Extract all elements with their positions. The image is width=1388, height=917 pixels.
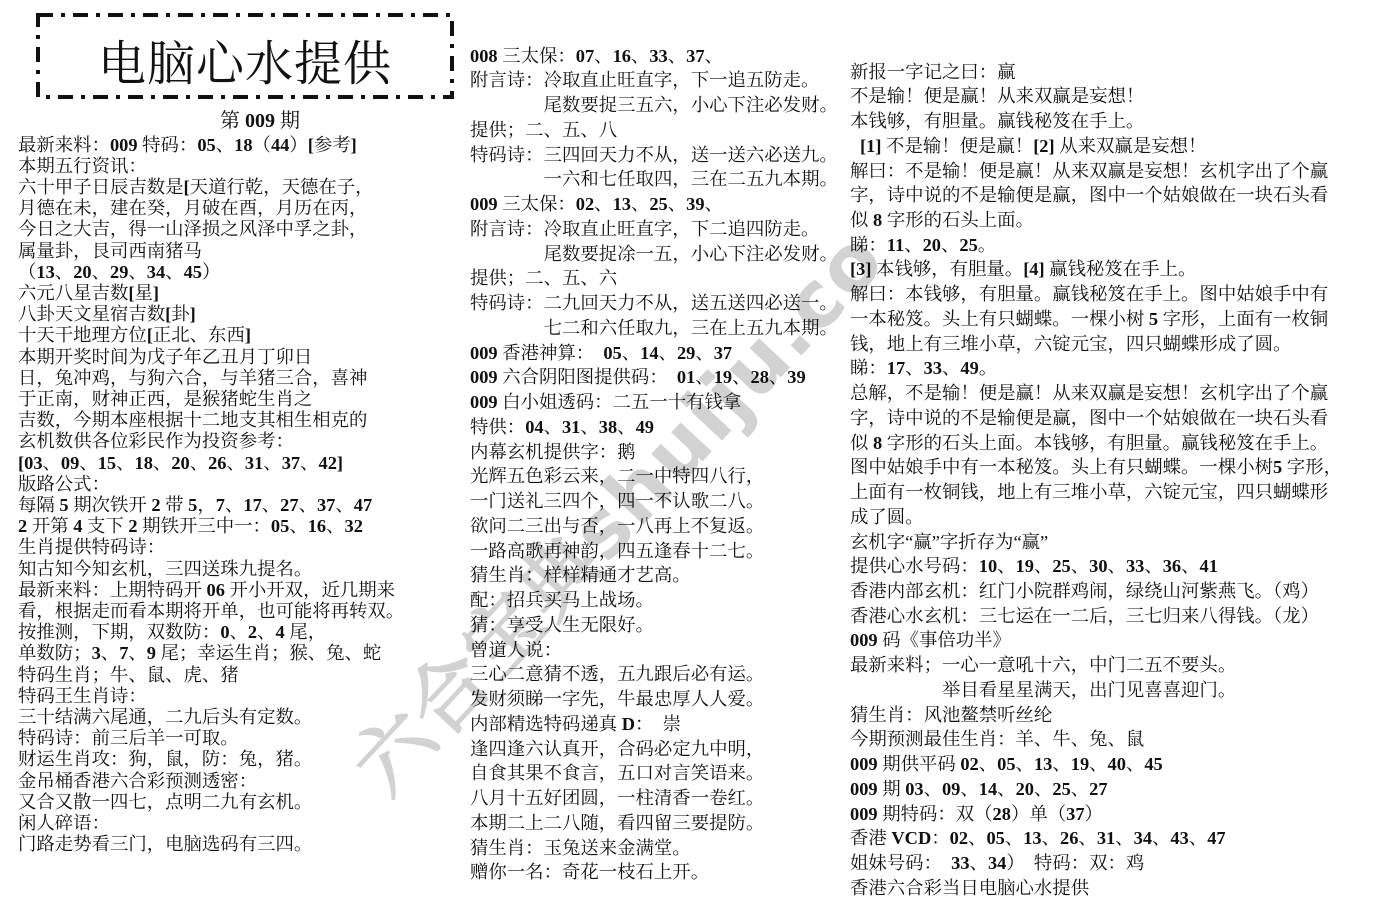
five-elements-text: 六十甲子日辰吉数是[天道行乾，天德在子， xyxy=(18,177,404,198)
summary-text: 图中姑娘手中有一本秘笈。头上有只蝴蝶。一棵小树5 字形， xyxy=(850,455,1342,480)
idle-talk-heading: 闲人碎语： xyxy=(18,813,404,834)
hk-insider-line: 香港内部玄机：红门小院群鸡闹，绿绕山河紫燕飞。（鸡） xyxy=(850,579,1342,604)
provided-line: 提供；二、五、八 xyxy=(470,118,838,143)
latest-info-text: 看，根据走而看本期将开单，也可能将再转双。 xyxy=(18,601,404,622)
internal-select-poem-line: 本期二上二八随，看四留三要提防。 xyxy=(470,811,838,836)
special-zodiac-line: 特码生肖；牛、鼠、虎、猪 xyxy=(18,665,404,686)
miss-bai-code-line: 009 白小姐透码：二五一十有钱拿 xyxy=(470,390,838,415)
zodiac-poem-heading: 生肖提供特码诗： xyxy=(18,537,404,558)
special-code-poem-line: 特码诗：三四回天力不从，送一送六必送九。 xyxy=(470,143,838,168)
code-title-line: 009 码《事倍功半》 xyxy=(850,628,1342,653)
golden-bucket-heading: 金吊桶香港六合彩预测透密： xyxy=(18,771,404,792)
summary-text: 似 8 字形的石头上面。本钱够，有胆量。赢钱秘笈在手上。 xyxy=(850,431,1342,456)
insider-word-line: 内幕玄机提供字：鹅 xyxy=(470,440,838,465)
look-numbers-line: 睇：11、20、25。 xyxy=(850,233,1342,258)
six-yuan-stars-line: 六元八星吉数[星] xyxy=(18,283,404,304)
explanation-text: 钱，地上有三堆小草，六锭元宝，四只蝴蝶形成了圆。 xyxy=(850,332,1342,357)
even-tail-guard-line: 按推测，下期，双数防：0、2、4 尾， xyxy=(18,622,404,643)
king-zodiac-poem-line: 三十结满六尾通，二九后头有定数。 xyxy=(18,707,404,728)
draw-time-text: 本期开奖时间为戊子年乙丑月丁卯日 xyxy=(18,347,404,368)
fortune-zodiac-line: 财运生肖攻：狗，鼠，防：兔，猪。 xyxy=(18,749,404,770)
appended-poem-line: 尾数要捉凃一五，小心下注必发财。 xyxy=(470,242,838,267)
guess-zodiac-line: 猜生肖：样样精通才艺高。 xyxy=(470,563,838,588)
explanation-text: 解曰：本钱够，有胆量。赢钱秘笈在手上。图中姑娘手中有 xyxy=(850,282,1342,307)
san-tai-bao-009-line: 009 三太保：02、13、25、39、 xyxy=(470,192,838,217)
special-offer-line: 特供：04、31、38、49 xyxy=(470,415,838,440)
mystic-word-line: 玄机字“赢”字折存为“赢” xyxy=(850,530,1342,555)
page-title: 电脑心水提供 xyxy=(36,13,454,99)
formula-heading: 版路公式： xyxy=(18,474,404,495)
right-column: 新报一字记之曰：赢 不是输！便是赢！从来双赢是妄想！ 本钱够，有胆量。赢钱秘笈在… xyxy=(850,60,1342,901)
sister-numbers-line: 姐妹号码： 33、34） 特码：双：鸡 xyxy=(850,851,1342,876)
period-codes-line: 009 期 03、09、14、20、25、27 xyxy=(850,777,1342,802)
left-column: 最新来料：009 特码：05、18（44）[参考] 本期五行资讯： 六十甲子日辰… xyxy=(18,135,404,856)
title-frame: 电脑心水提供 xyxy=(36,13,454,99)
golden-bucket-line: 又合又散一四七，点明二九有玄机。 xyxy=(18,792,404,813)
insider-poem-line: 光辉五色彩云来，二一中特四八行， xyxy=(470,464,838,489)
summary-text: 字，诗中说的不是输便是赢，图中一个姑娘做在一块石头看 xyxy=(850,406,1342,431)
priest-zeng-heading: 曾道人说： xyxy=(470,638,838,663)
latest-info-line: 最新来料；一心一意吼十六，中门二五不要头。 xyxy=(850,653,1342,678)
summary-text: 上面有一枚铜钱，地上有三堆小草，六锭元宝，四只蝴蝶形 xyxy=(850,480,1342,505)
five-elements-heading: 本期五行资讯： xyxy=(18,156,404,177)
special-code-poem-line: 特码诗：二九回天力不从，送五送四必送一。 xyxy=(470,291,838,316)
reference-numbers: [03、09、15、18、20、26、31、37、42] xyxy=(18,453,404,474)
internal-select-line: 内部精选特码递真 D： 崇 xyxy=(470,712,838,737)
special-code-poem-line: 特码诗：前三后羊一可取。 xyxy=(18,728,404,749)
yin-yang-code-line: 009 六合阴阳图提供码： 01、19、28、39 xyxy=(470,365,838,390)
look-numbers-line: 睇：17、33、49。 xyxy=(850,356,1342,381)
draw-time-text: 玄机数供各位彩民作为投资参考： xyxy=(18,431,404,452)
hk-vcd-line: 香港 VCD：02、05、13、26、31、34、43、47 xyxy=(850,826,1342,851)
priest-zeng-line: 三心二意猜不透，五九跟后必有运。 xyxy=(470,662,838,687)
new-word-line: 新报一字记之曰：赢 xyxy=(850,60,1342,85)
internal-select-poem-line: 八月十五好团圆，一柱清香一卷红。 xyxy=(470,786,838,811)
footer-line: 香港六合彩当日电脑心水提供 xyxy=(850,876,1342,901)
priest-zeng-line: 发财须睇一字先，牛最忠厚人人爱。 xyxy=(470,687,838,712)
five-elements-text: 月德在未，建在癸，月破在酉，月历在丙， xyxy=(18,198,404,219)
hk-forecast-line: 009 香港神算： 05、14、29、37 xyxy=(470,341,838,366)
formula-line: 每隔 5 期次铁开 2 带 5，7、17、27、37、47 xyxy=(18,495,404,516)
formula-line: 2 开第 4 支下 2 期铁开三中一：05、16、32 xyxy=(18,516,404,537)
special-code-poem-line: 七二和六任取九，三在上五九本期。 xyxy=(470,316,838,341)
internal-select-poem-line: 自食其果不食言，五口对言笑语来。 xyxy=(470,761,838,786)
idle-talk-line: 门路走势看三门，电脑选码有三四。 xyxy=(18,834,404,855)
draw-time-text: 于正南，财神正西，是猴猪蛇生肖之 xyxy=(18,389,404,410)
appended-poem-line: 尾数要捉三五六，小心下注必发财。 xyxy=(470,93,838,118)
explanation-text: 字，诗中说的不是输便是赢，图中一个姑娘做在一块石头看 xyxy=(850,183,1342,208)
best-zodiac-line: 今期预测最佳生肖：羊、牛、兔、鼠 xyxy=(850,727,1342,752)
middle-column: 008 三太保：07、16、33、37、 附言诗：冷取直止旺直字，下一追五防走。… xyxy=(470,44,838,886)
explanation-text: 似 8 字形的石头上面。 xyxy=(850,208,1342,233)
provided-line: 提供；二、五、六 xyxy=(470,266,838,291)
internal-select-poem-line: 逢四逢六认真开，合码必定九中明， xyxy=(470,737,838,762)
special-code-line: 009 期特码：双（28）单（37） xyxy=(850,802,1342,827)
special-code-poem-line: 一六和七任取四，三在二五九本期。 xyxy=(470,167,838,192)
insider-poem-line: 一门送礼三四个，四一不认歌二八。 xyxy=(470,489,838,514)
draw-time-text: 吉数，今期本座根据十二地支其相生相克的 xyxy=(18,410,404,431)
clue-line-3-4: [3] 本钱够，有胆量。[4] 赢钱秘笈在手上。 xyxy=(850,257,1342,282)
gift-name-line: 赠你一名：奇花一枝石上开。 xyxy=(470,860,838,885)
summary-text: 成了圆。 xyxy=(850,505,1342,530)
summary-text: 总解，不是输！便是赢！从来双赢是妄想！玄机字出了个赢 xyxy=(850,381,1342,406)
match-line: 配：招兵买马上战场。 xyxy=(470,588,838,613)
recommended-numbers-line: 提供心水号码：10、19、25、30、33、36、41 xyxy=(850,554,1342,579)
latest-info-text: 最新来料：上期特码开 06 开小开双，近几期来 xyxy=(18,580,404,601)
draw-time-text: 日，兔冲鸡，与狗六合，与羊猪三合，喜神 xyxy=(18,368,404,389)
zodiac-poem-line: 知古知今知玄机，三四送珠九提名。 xyxy=(18,559,404,580)
appended-poem-line: 附言诗：冷取直止旺直字，下一追五防走。 xyxy=(470,68,838,93)
latest-info-line: 最新来料：009 特码：05、18（44）[参考] xyxy=(18,135,404,156)
issue-number: 第 009 期 xyxy=(220,108,300,134)
guess-zodiac-line: 猜生肖：风池鳌禁听丝纶 xyxy=(850,703,1342,728)
explanation-text: 一本秘笈。头上有只蝴蝶。一棵小树 5 字形，上面有一枚铜 xyxy=(850,307,1342,332)
san-tai-bao-008-line: 008 三太保：07、16、33、37、 xyxy=(470,44,838,69)
king-zodiac-poem-heading: 特码王生肖诗： xyxy=(18,686,404,707)
explanation-text: 解曰：不是输！便是赢！从来双赢是妄想！玄机字出了个赢 xyxy=(850,159,1342,184)
bagua-stars-line: 八卦天文星宿吉数[卦] xyxy=(18,304,404,325)
latest-info-line: 举目看星星满天，出门见喜喜迎门。 xyxy=(850,678,1342,703)
guess-zodiac-line: 猜生肖：玉兔送来金满堂。 xyxy=(470,836,838,861)
five-elements-text: 今日之大吉，得一山泽损之风泽中孚之卦， xyxy=(18,219,404,240)
word-poem-line: 不是输！便是赢！从来双赢是妄想！ xyxy=(850,84,1342,109)
insider-poem-line: 欲问二三出与否，一八再上不复返。 xyxy=(470,514,838,539)
hk-tip-line: 香港心水玄机：三七运在一二后，三七归来八得钱。（龙） xyxy=(850,604,1342,629)
insider-poem-line: 一路高歌再神韵，四五逢春十二七。 xyxy=(470,539,838,564)
five-elements-numbers: （13、20、29、34、45） xyxy=(18,262,404,283)
flat-codes-line: 009 期供平码 02、05、13、19、40、45 xyxy=(850,752,1342,777)
five-elements-text: 属量卦，艮司西南猪马 xyxy=(18,241,404,262)
tip-sheet-page: 六合宝典shuiju.co 电脑心水提供 第 009 期 最新来料：009 特码… xyxy=(0,0,1388,917)
word-poem-line: 本钱够，有胆量。赢钱秘笈在手上。 xyxy=(850,109,1342,134)
appended-poem-line: 附言诗：冷取直止旺直字，下二追四防走。 xyxy=(470,217,838,242)
heavenly-stems-direction-line: 十天干地理方位[正北、东西] xyxy=(18,325,404,346)
clue-line-1-2: [1] 不是输！便是赢！[2] 从来双赢是妄想！ xyxy=(850,134,1342,159)
odd-tail-guard-line: 单数防；3、7、9 尾；幸运生肖；猴、兔、蛇 xyxy=(18,643,404,664)
guess-line: 猜：享受人生无限好。 xyxy=(470,613,838,638)
